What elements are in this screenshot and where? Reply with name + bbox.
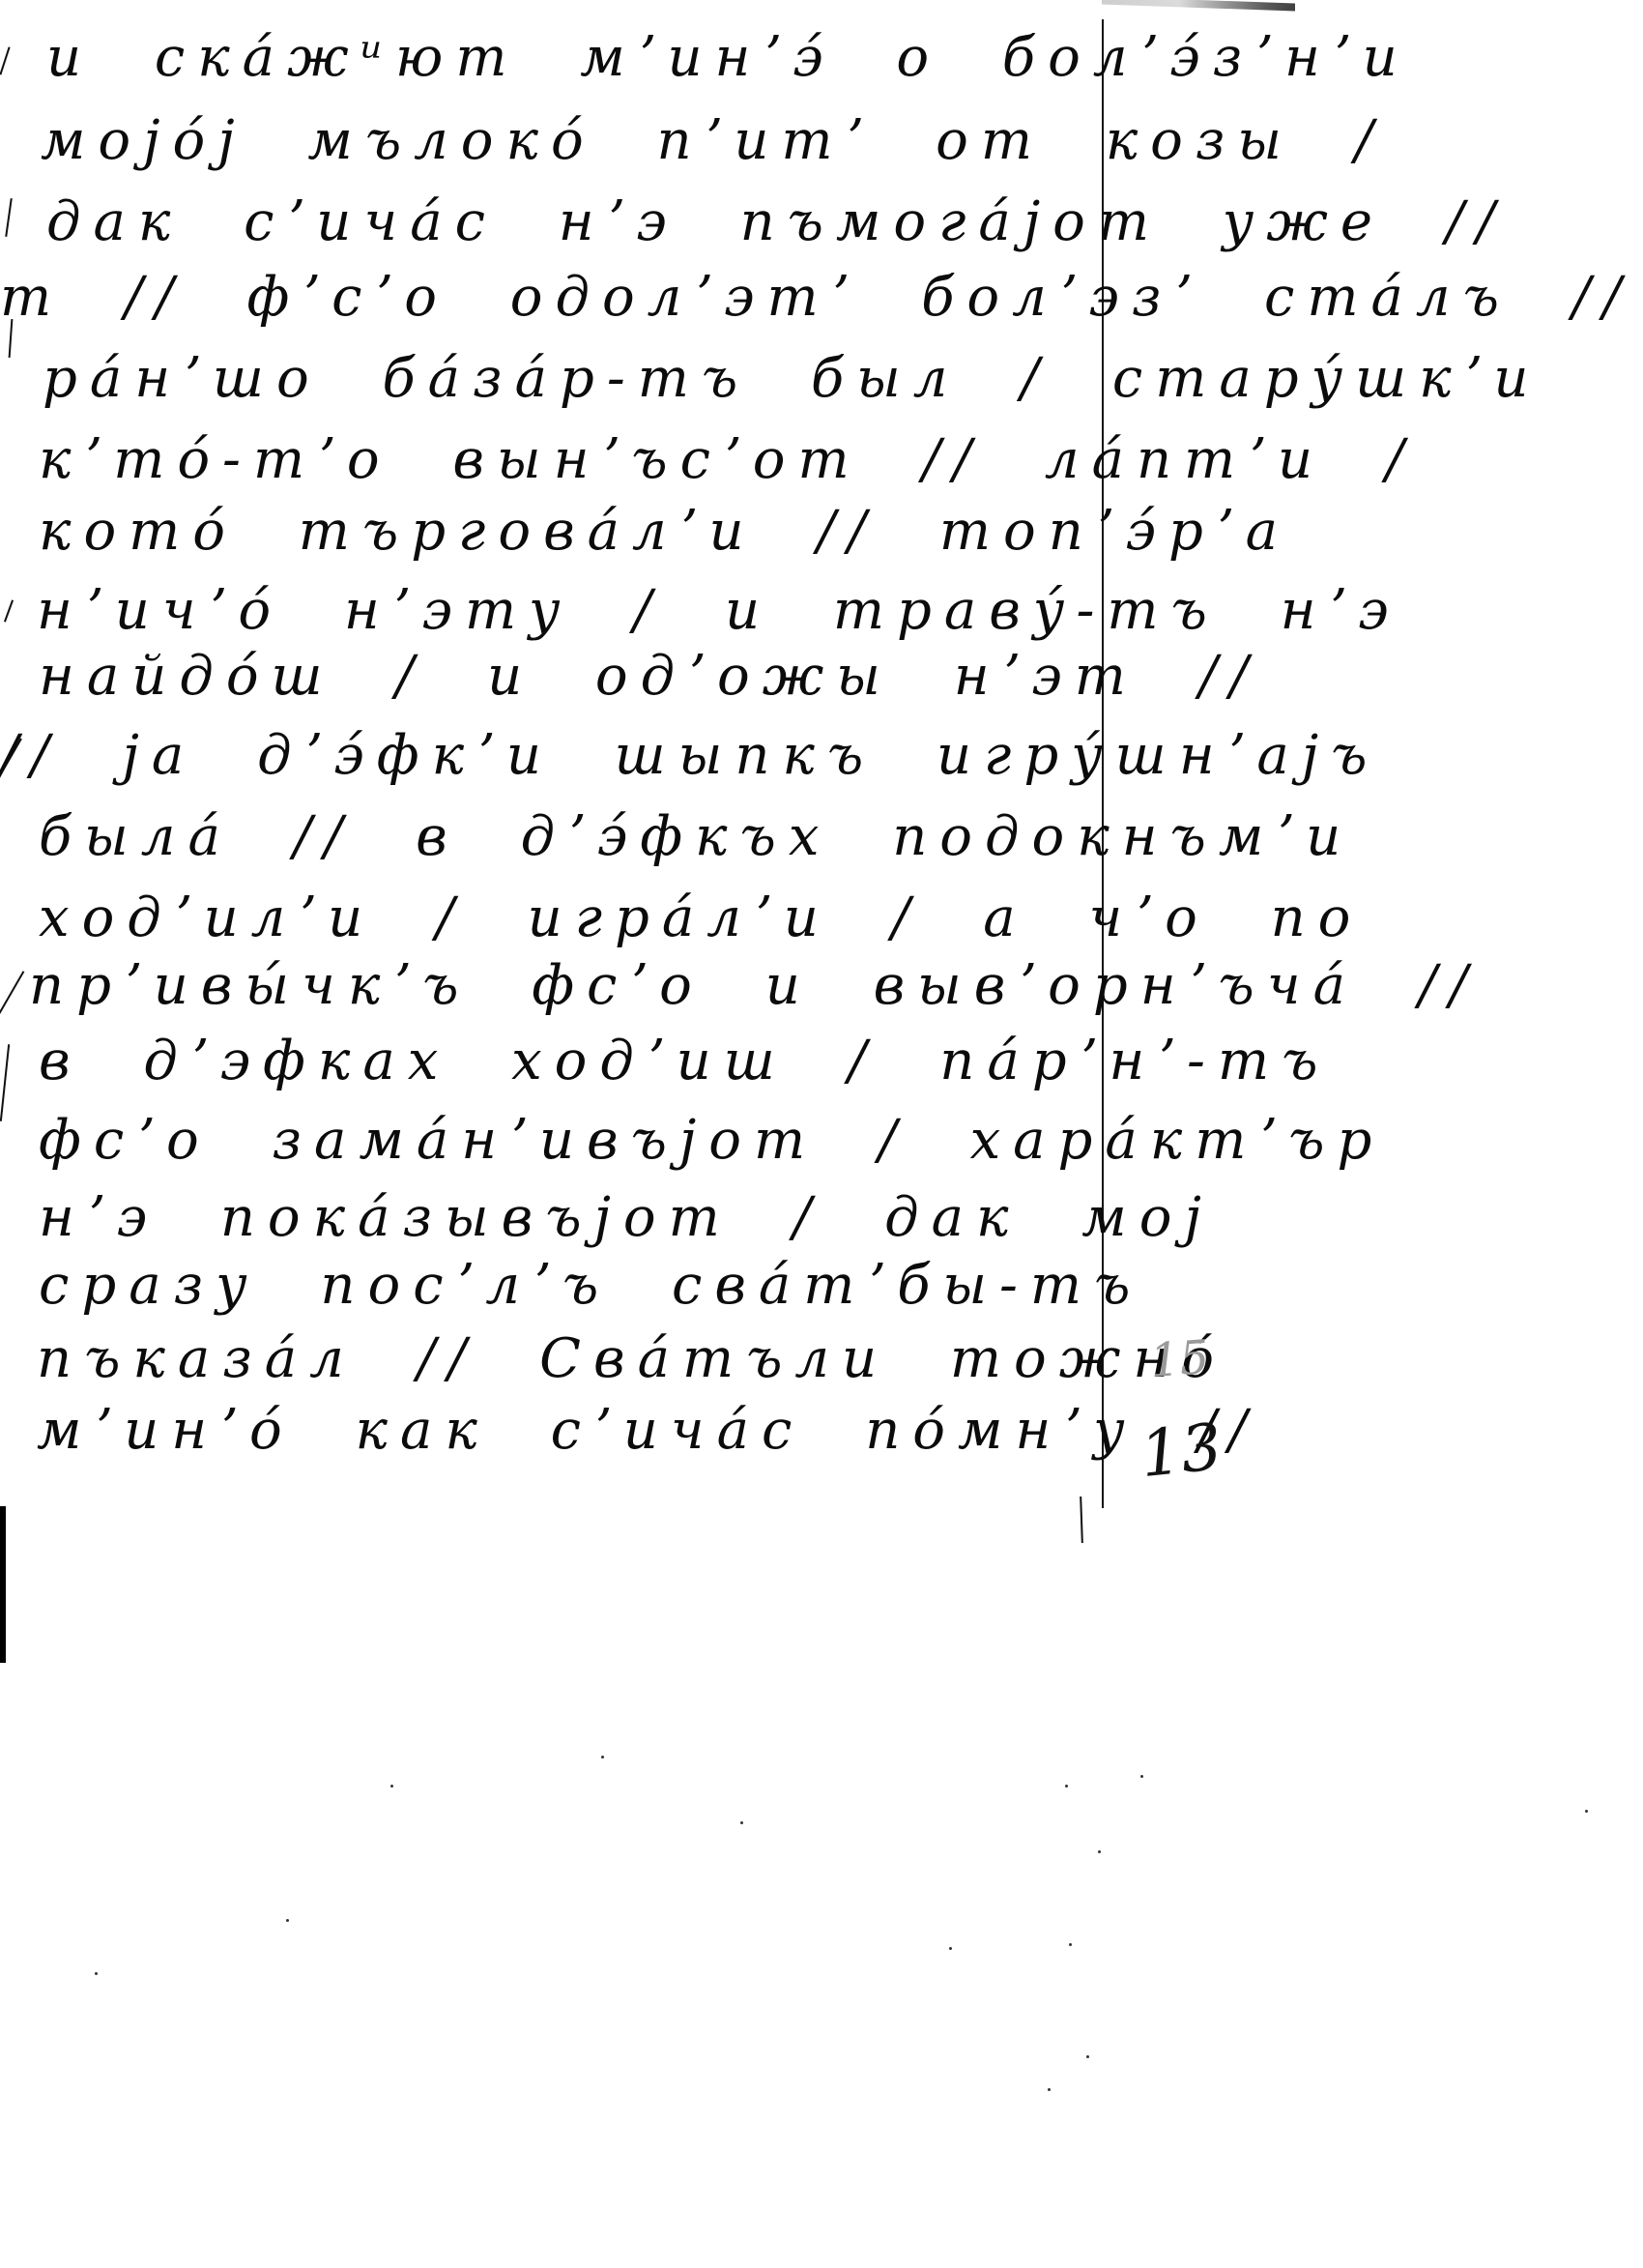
text-line-12: ходʼилʼи / игра́лʼи / а чʼо по — [39, 880, 1363, 957]
scan-speck — [1048, 2088, 1051, 2091]
text-line-10: // ја дʼэ́фкʼи шыпкъ игру́шнʼајъ — [0, 717, 1379, 795]
text-line-7: кото́ търгова́лʼи // топʼэ́рʼа — [39, 493, 1290, 570]
scan-speck — [949, 1947, 952, 1950]
text-line-13: прʼивы́чкʼъ фсʼо и вывʼорнʼъча́ // — [29, 947, 1481, 1025]
text-line-15: фсʼо зама́нʼивъјот / хара́ктʼър — [39, 1102, 1384, 1179]
text-line-1: и скáжᵘют мʼинʼэ́ о болʼэ́зʼнʼи — [46, 19, 1410, 97]
text-line-17: сразу посʼлʼъ сва́тʼбы-тъ — [39, 1247, 1142, 1324]
scan-speck — [1065, 1785, 1068, 1788]
scan-speck — [1098, 1850, 1101, 1853]
text-line-2: мојо́ј мълоко́ пʼитʼ от козы / — [41, 102, 1386, 180]
scan-speck — [95, 1972, 98, 1975]
scan-speck — [740, 1821, 743, 1824]
scan-speck — [1585, 1810, 1588, 1813]
text-line-6: кʼто́-тʼо вынʼъсʼот // ла́птʼи / — [39, 422, 1417, 499]
text-line-5: ра́нʼшо ба́за́р-тъ был / стару́шкʼи — [43, 340, 1541, 418]
scan-speck — [1069, 1943, 1072, 1946]
text-line-18: пъказа́л // Сва́тъли тожно́ — [37, 1321, 1226, 1398]
scan-speck — [390, 1785, 393, 1788]
page-number: 13 — [1137, 1410, 1225, 1492]
scan-speck — [286, 1919, 289, 1922]
text-line-19: мʼинʼо́ как сʼича́с по́мнʼу // — [37, 1392, 1259, 1469]
transcription-text: и скáжᵘют мʼинʼэ́ о болʼэ́зʼнʼи мојо́ј м… — [0, 0, 1102, 1508]
scan-speck — [1086, 2055, 1089, 2058]
top-edge-scan-smudge — [1102, 0, 1295, 11]
text-line-11: была́ // в дʼэ́фкъх подокнъмʼи — [39, 799, 1353, 876]
text-line-14: в дʼэфках ходʼиш / па́рʼнʼ-тъ — [39, 1023, 1330, 1100]
scan-speck — [1140, 1775, 1143, 1778]
left-edge-black-bar — [0, 1506, 6, 1663]
manuscript-page: и скáжᵘют мʼинʼэ́ о болʼэ́зʼнʼи мојо́ј м… — [0, 0, 1643, 2268]
text-line-16: нʼэ пока́зывъјот / дак мој — [39, 1179, 1214, 1257]
text-line-9: найдо́ш / и одʼожы нʼэт // — [39, 638, 1260, 715]
crossed-out-page-number: 15 — [1148, 1330, 1211, 1388]
text-line-4: т // фʼсʼо одолʼэтʼ болʼэзʼ ста́лъ // — [0, 259, 1633, 336]
text-line-3: дак сʼича́с нʼэ пъмога́јот уже // — [46, 184, 1508, 261]
scan-speck — [601, 1756, 604, 1759]
